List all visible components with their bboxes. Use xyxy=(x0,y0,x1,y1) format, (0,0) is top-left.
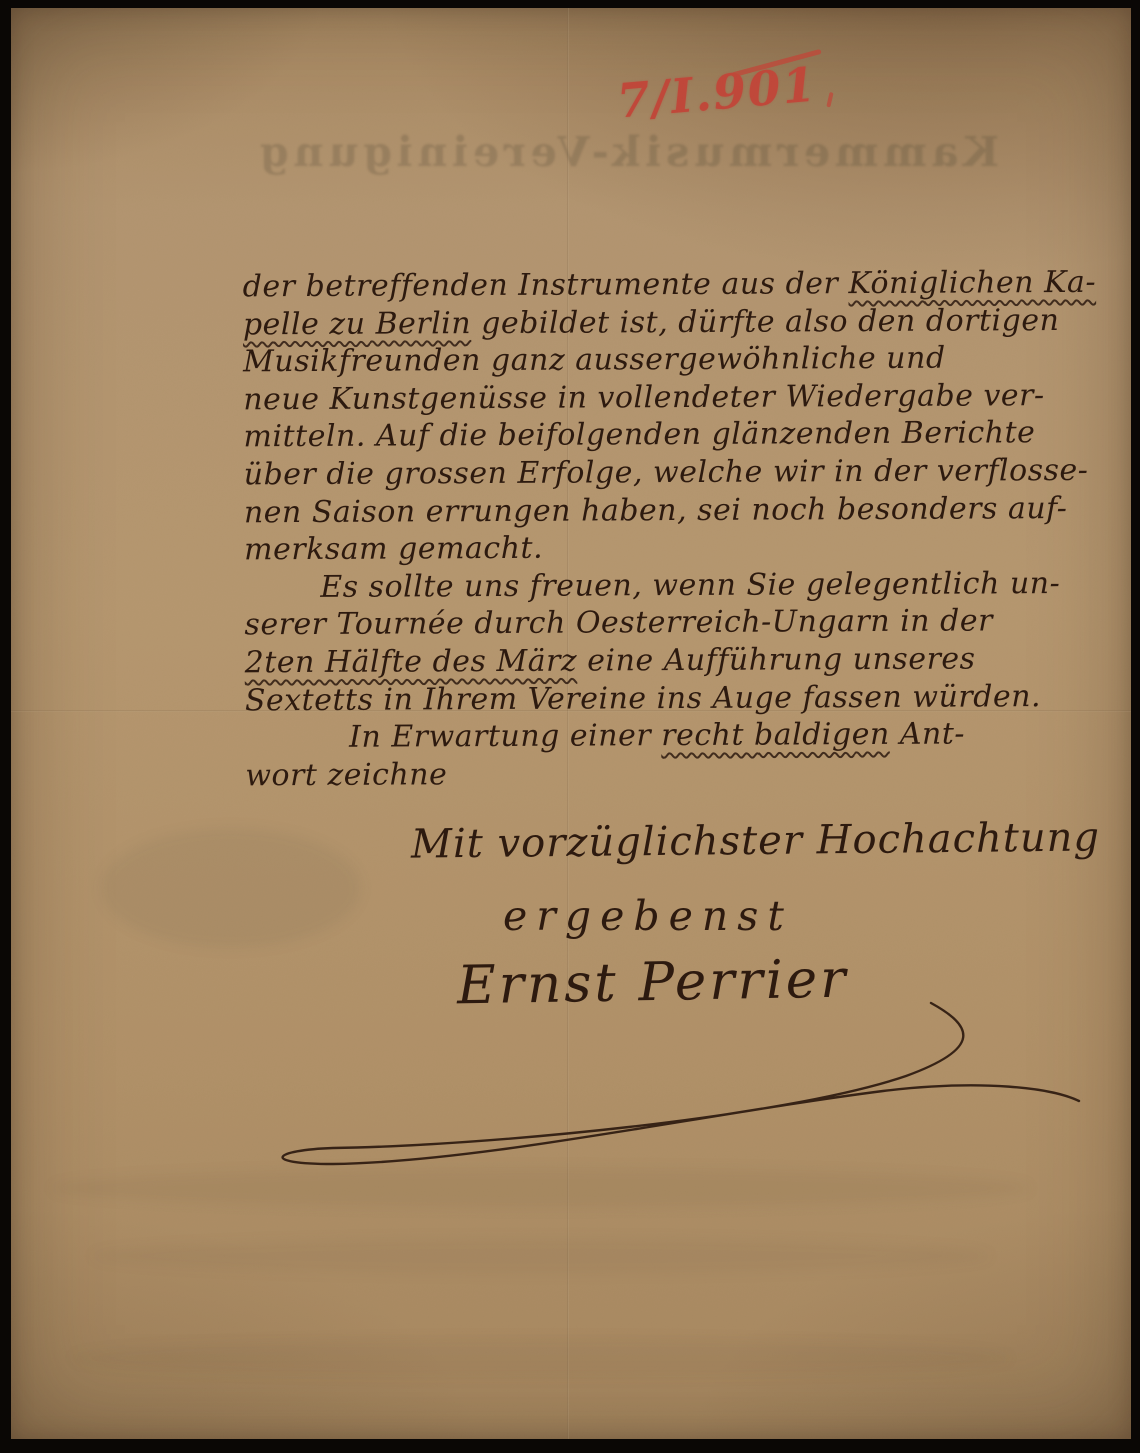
text-segment: Es sollte uns freuen, wenn Sie gelegentl… xyxy=(320,566,1060,605)
handwritten-line-2: pelle zu Berlin gebildet ist, dürfte als… xyxy=(243,301,1129,343)
text-segment: Sextetts in Ihrem Vereine ins Auge fasse… xyxy=(245,679,1041,718)
handwritten-line-11: 2ten Hälfte des März eine Aufführung uns… xyxy=(245,640,1131,682)
bleed-through-smudge xyxy=(51,1168,1031,1208)
wavy-underlined-phrase: recht baldigen xyxy=(661,717,890,753)
bleed-through-smudge xyxy=(71,1338,1011,1378)
bleed-through-smudge xyxy=(91,1238,991,1274)
text-segment: serer Tournée durch Oesterreich-Ungarn i… xyxy=(244,604,993,643)
text-segment: mitteln. Auf die beifolgenden glänzenden… xyxy=(243,416,1035,455)
text-segment: neue Kunstgenüsse in vollendeter Wiederg… xyxy=(243,378,1044,417)
scanned-letter: Kammermusik-Vereinigung 7/I.901 der betr… xyxy=(0,0,1140,1453)
signature: Ernst Perrier xyxy=(456,949,848,1017)
text-segment: gebildet ist, dürfte also den dortigen xyxy=(471,303,1059,341)
handwritten-line-5: mitteln. Auf die beifolgenden glänzenden… xyxy=(243,414,1129,456)
bleed-through-smudge xyxy=(101,828,361,948)
letter-body: der betreffenden Instrumente aus der Kön… xyxy=(243,264,1132,795)
handwritten-line-14: wort zeichne xyxy=(245,752,1131,794)
handwritten-line-10: serer Tournée durch Oesterreich-Ungarn i… xyxy=(244,602,1130,644)
letter-page: Kammermusik-Vereinigung 7/I.901 der betr… xyxy=(11,8,1131,1439)
wavy-underlined-phrase: Königlichen Ka- xyxy=(848,265,1096,301)
ghost-letterhead-bleed-text: Kammermusik-Vereinigung xyxy=(163,128,999,176)
handwritten-line-4: neue Kunstgenüsse in vollendeter Wiederg… xyxy=(243,376,1129,418)
handwritten-line-13: In Erwartung einer recht baldigen Ant- xyxy=(245,715,1131,757)
date-text: 7/I.901 xyxy=(615,57,819,129)
handwritten-line-7: nen Saison errungen haben, sei noch beso… xyxy=(244,489,1130,531)
text-segment: wort zeichne xyxy=(245,757,447,793)
text-segment: merksam gemacht. xyxy=(244,531,543,568)
valediction: ergebenst xyxy=(503,892,793,940)
handwritten-line-3: Musikfreunden ganz aussergewöhnliche und xyxy=(243,339,1129,381)
closing-line: Mit vorzüglichster Hochachtung xyxy=(411,814,1100,867)
handwritten-line-9: Es sollte uns freuen, wenn Sie gelegentl… xyxy=(244,564,1130,606)
text-segment: Ant- xyxy=(890,717,965,752)
text-segment: der betreffenden Instrumente aus der xyxy=(243,266,849,304)
handwritten-line-6: über die grossen Erfolge, welche wir in … xyxy=(244,452,1130,494)
wavy-underlined-phrase: pelle zu Berlin xyxy=(243,306,471,342)
text-segment: Musikfreunden ganz aussergewöhnliche und xyxy=(243,341,946,380)
handwritten-line-12: Sextetts in Ihrem Vereine ins Auge fasse… xyxy=(245,677,1131,719)
text-segment: über die grossen Erfolge, welche wir in … xyxy=(244,453,1089,492)
text-segment: In Erwartung einer xyxy=(349,718,661,755)
text-segment: eine Aufführung unseres xyxy=(577,641,976,678)
red-crayon-date-annotation: 7/I.901 xyxy=(615,57,819,129)
handwritten-line-1: der betreffenden Instrumente aus der Kön… xyxy=(243,264,1129,306)
wavy-underlined-phrase: 2ten Hälfte des März xyxy=(245,644,578,681)
handwritten-line-8: merksam gemacht. xyxy=(244,527,1130,569)
date-tick-stroke xyxy=(826,92,833,108)
text-segment: nen Saison errungen haben, sei noch beso… xyxy=(244,491,1068,530)
